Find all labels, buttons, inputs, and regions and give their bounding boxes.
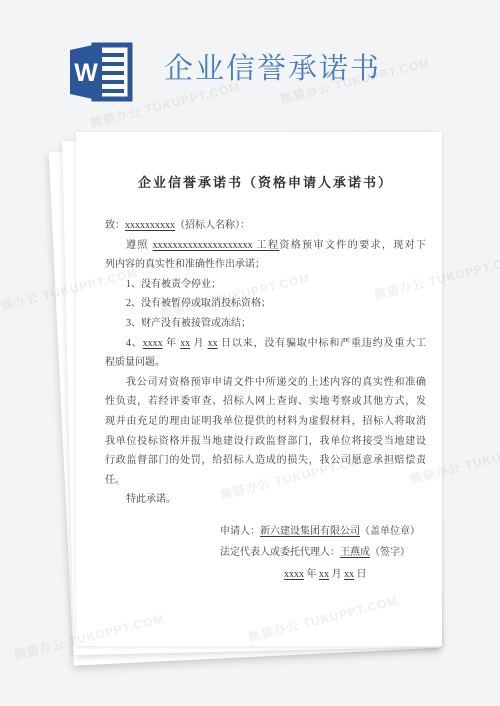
document-page: 企业信誉承诺书（资格申请人承诺书） 致：xxxxxxxxxx（招标人名称）：遵照… xyxy=(76,132,442,646)
doc-text: 我单位投标资格并报当地建设行政监督部门，我单位将接受当地建设 xyxy=(105,436,426,447)
signature-line: 法定代表人或委托代理人：王燕成（签字） xyxy=(220,542,426,564)
blank-field: xx xyxy=(344,569,354,580)
doc-text: 资格预审文件的要求，现对下 xyxy=(279,240,426,251)
doc-line: 性负责，若经评委审查、招标人网上查询、实地考察或其他方式，发 xyxy=(105,392,426,412)
doc-line: 我公司对资格预审申请文件中所递交的上述内容的真实性和准确 xyxy=(105,373,426,393)
doc-text: 年 xyxy=(304,569,319,580)
word-icon-letter: W xyxy=(74,59,98,87)
doc-text: 现并由充足的理由证明我单位提供的材料为虚假材料，招标人将取消 xyxy=(105,416,426,427)
doc-line: 3、财产没有被接管或冻结； xyxy=(105,314,426,334)
blank-field: 新六建设集团有限公司 xyxy=(260,526,360,537)
blank-field: xx xyxy=(208,338,218,349)
doc-line: 程质量问题。 xyxy=(105,353,426,373)
doc-line: 1、没有被责令停业； xyxy=(105,275,426,295)
doc-text: 年 xyxy=(163,338,181,349)
doc-text: （招标人名称）： xyxy=(175,220,250,231)
doc-line: 2、没有被暂停或取消投标资格； xyxy=(105,294,426,314)
header: W 企业信誉承诺书 xyxy=(0,0,500,120)
doc-text: 致： xyxy=(105,220,125,231)
doc-line: 遵照 xxxxxxxxxxxxxxxxxxxx 工程资格预审文件的要求，现对下 xyxy=(105,236,426,256)
word-icon: W xyxy=(62,38,138,106)
signature-block: 申请人：新六建设集团有限公司（盖单位章）法定代表人或委托代理人：王燕成（签字）x… xyxy=(220,521,426,586)
document-body: 致：xxxxxxxxxx（招标人名称）：遵照 xxxxxxxxxxxxxxxxx… xyxy=(105,216,426,510)
doc-text: 法定代表人或委托代理人： xyxy=(220,547,340,558)
doc-text: 性负责，若经评委审查、招标人网上查询、实地考察或其他方式，发 xyxy=(105,396,426,407)
blank-field: xxxx xyxy=(284,569,304,580)
doc-text: 1、没有被责令停业； xyxy=(126,279,221,290)
doc-text: 列内容的真实性和准确性作出承诺； xyxy=(105,259,265,270)
doc-text: 月 xyxy=(190,338,208,349)
doc-line: 我单位投标资格并报当地建设行政监督部门，我单位将接受当地建设 xyxy=(105,432,426,452)
doc-text: 日 xyxy=(354,569,367,580)
doc-line: 致：xxxxxxxxxx（招标人名称）： xyxy=(105,216,426,236)
doc-text: 行政监督部门的处罚，给招标人造成的损失，我公司愿意承担赔偿责 xyxy=(105,455,426,466)
doc-text: 2、没有被暂停或取消投标资格； xyxy=(126,298,271,309)
page-title: 企业信誉承诺书 xyxy=(164,46,381,87)
doc-text: 任。 xyxy=(105,475,125,486)
doc-text: 程质量问题。 xyxy=(105,357,165,368)
doc-text: 3、财产没有被接管或冻结； xyxy=(126,318,251,329)
doc-text: 特此承诺。 xyxy=(126,494,176,505)
doc-line: 行政监督部门的处罚，给招标人造成的损失，我公司愿意承担赔偿责 xyxy=(105,451,426,471)
doc-text: （盖单位章） xyxy=(360,526,420,537)
blank-field: xx xyxy=(180,338,190,349)
blank-field: 王燕成 xyxy=(340,547,370,558)
doc-line: 列内容的真实性和准确性作出承诺； xyxy=(105,255,426,275)
blank-field: xxxxxxxxxxxxxxxxxxxx 工程 xyxy=(153,240,280,251)
signature-line: xxxx 年 xx 月 xx 日 xyxy=(220,564,426,586)
preview-canvas: 企业信誉承诺书（资格申请人承诺书） 致：xxxxxxxxxx（招标人名称）：遵照… xyxy=(0,0,500,706)
blank-field: xxxx xyxy=(143,338,163,349)
doc-line: 任。 xyxy=(105,471,426,491)
doc-text: 申请人： xyxy=(220,526,260,537)
blank-field: xxxxxxxxxx xyxy=(125,220,175,231)
doc-line: 4、xxxx 年 xx 月 xx 日以来，没有骗取中标和严重违约及重大工 xyxy=(105,334,426,354)
document-heading: 企业信誉承诺书（资格申请人承诺书） xyxy=(105,172,426,191)
doc-text: 月 xyxy=(329,569,344,580)
doc-text: 我公司对资格预审申请文件中所递交的上述内容的真实性和准确 xyxy=(126,377,426,388)
signature-line: 申请人：新六建设集团有限公司（盖单位章） xyxy=(220,521,426,543)
doc-text: 日以来，没有骗取中标和严重违约及重大工 xyxy=(218,338,426,349)
doc-line: 现并由充足的理由证明我单位提供的材料为虚假材料，招标人将取消 xyxy=(105,412,426,432)
doc-text: （签字） xyxy=(370,547,410,558)
blank-field: xx xyxy=(319,569,329,580)
doc-text: 4、 xyxy=(126,338,143,349)
doc-line: 特此承诺。 xyxy=(105,490,426,510)
doc-text: 遵照 xyxy=(126,240,153,251)
